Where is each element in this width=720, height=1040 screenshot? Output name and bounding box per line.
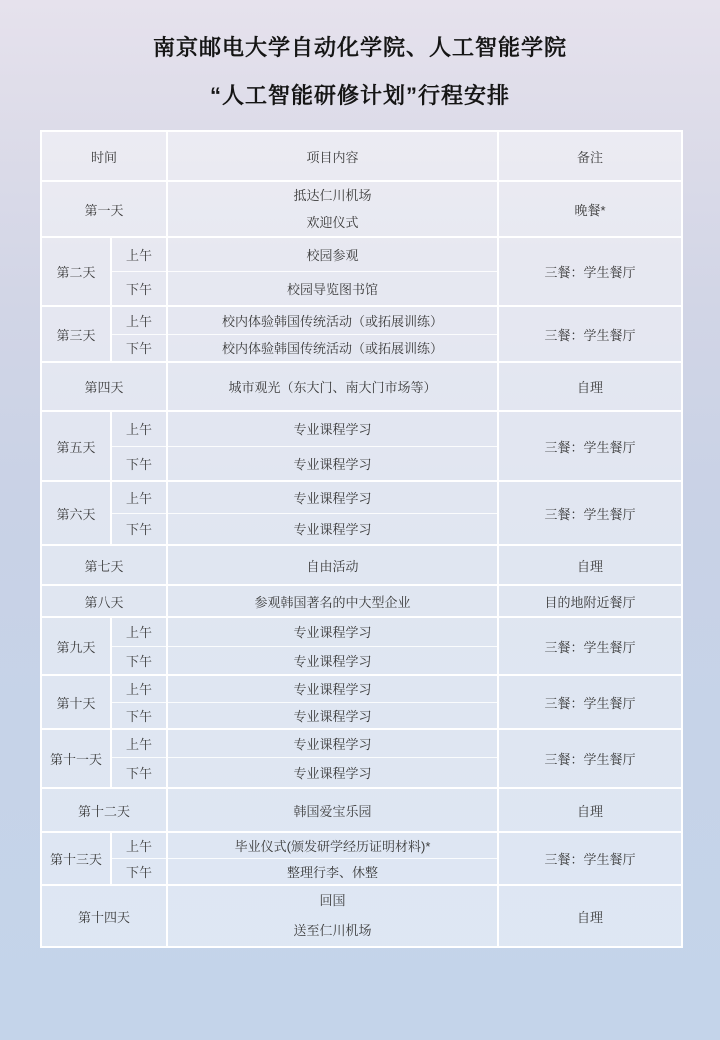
- day8-note: 目的地附近餐厅: [498, 585, 682, 617]
- day14-content-line2: 送至仁川机场: [170, 916, 495, 946]
- day3-am-content: 校内体验韩国传统活动（或拓展训练）: [167, 306, 498, 334]
- day7-note: 自理: [498, 545, 682, 585]
- day11-am-content: 专业课程学习: [167, 729, 498, 757]
- day6-pm-label: 下午: [111, 513, 167, 545]
- day6-note: 三餐：学生餐厅: [498, 481, 682, 545]
- table-row-day12: 第十二天 韩国爱宝乐园 自理: [41, 788, 682, 832]
- day9-label: 第九天: [41, 617, 111, 675]
- day8-content: 参观韩国著名的中大型企业: [167, 585, 498, 617]
- table-row-day11-am: 第十一天 上午 专业课程学习 三餐：学生餐厅: [41, 729, 682, 757]
- day9-pm-content: 专业课程学习: [167, 646, 498, 675]
- page-title: 南京邮电大学自动化学院、人工智能学院 “人工智能研修计划”行程安排: [0, 24, 720, 120]
- day13-am-label: 上午: [111, 832, 167, 858]
- day3-am-label: 上午: [111, 306, 167, 334]
- day9-am-label: 上午: [111, 617, 167, 646]
- day2-pm-content: 校园导览图书馆: [167, 271, 498, 306]
- day5-label: 第五天: [41, 411, 111, 481]
- day3-pm-label: 下午: [111, 334, 167, 362]
- day10-am-label: 上午: [111, 675, 167, 702]
- page-title-line2: “人工智能研修计划”行程安排: [210, 83, 510, 108]
- header-content: 项目内容: [167, 131, 498, 181]
- table-row-day13-am: 第十三天 上午 毕业仪式(颁发研学经历证明材料)* 三餐：学生餐厅: [41, 832, 682, 858]
- table-row-day8: 第八天 参观韩国著名的中大型企业 目的地附近餐厅: [41, 585, 682, 617]
- day12-content: 韩国爱宝乐园: [167, 788, 498, 832]
- day5-pm-label: 下午: [111, 446, 167, 481]
- day12-note: 自理: [498, 788, 682, 832]
- day4-label: 第四天: [41, 362, 167, 411]
- day1-label: 第一天: [41, 181, 167, 237]
- day1-content: 抵达仁川机场 欢迎仪式: [167, 181, 498, 237]
- day6-label: 第六天: [41, 481, 111, 545]
- table-header-row: 时间 项目内容 备注: [41, 131, 682, 181]
- day2-label: 第二天: [41, 237, 111, 306]
- page: 南京邮电大学自动化学院、人工智能学院 “人工智能研修计划”行程安排 时间 项目内…: [0, 24, 720, 948]
- day13-pm-content: 整理行李、休整: [167, 858, 498, 885]
- table-row-day9-am: 第九天 上午 专业课程学习 三餐：学生餐厅: [41, 617, 682, 646]
- day12-label: 第十二天: [41, 788, 167, 832]
- table-row-day5-am: 第五天 上午 专业课程学习 三餐：学生餐厅: [41, 411, 682, 446]
- table-row-day3-am: 第三天 上午 校内体验韩国传统活动（或拓展训练） 三餐：学生餐厅: [41, 306, 682, 334]
- day8-label: 第八天: [41, 585, 167, 617]
- table-row-day7: 第七天 自由活动 自理: [41, 545, 682, 585]
- day4-note: 自理: [498, 362, 682, 411]
- table-row-day4: 第四天 城市观光（东大门、南大门市场等） 自理: [41, 362, 682, 411]
- day11-am-label: 上午: [111, 729, 167, 757]
- day6-am-label: 上午: [111, 481, 167, 513]
- header-note: 备注: [498, 131, 682, 181]
- day3-pm-content: 校内体验韩国传统活动（或拓展训练）: [167, 334, 498, 362]
- day9-note: 三餐：学生餐厅: [498, 617, 682, 675]
- day14-label: 第十四天: [41, 885, 167, 947]
- day5-am-content: 专业课程学习: [167, 411, 498, 446]
- day5-note: 三餐：学生餐厅: [498, 411, 682, 481]
- day1-content-line2: 欢迎仪式: [170, 209, 495, 236]
- day13-label: 第十三天: [41, 832, 111, 885]
- page-title-line1: 南京邮电大学自动化学院、人工智能学院: [153, 35, 567, 60]
- day3-note: 三餐：学生餐厅: [498, 306, 682, 362]
- table-row-day1: 第一天 抵达仁川机场 欢迎仪式 晚餐*: [41, 181, 682, 237]
- day11-pm-label: 下午: [111, 757, 167, 788]
- day7-label: 第七天: [41, 545, 167, 585]
- table-row-day14: 第十四天 回国 送至仁川机场 自理: [41, 885, 682, 947]
- day13-note: 三餐：学生餐厅: [498, 832, 682, 885]
- day1-content-line1: 抵达仁川机场: [170, 182, 495, 209]
- day10-pm-label: 下午: [111, 702, 167, 729]
- day11-pm-content: 专业课程学习: [167, 757, 498, 788]
- table-row-day6-am: 第六天 上午 专业课程学习 三餐：学生餐厅: [41, 481, 682, 513]
- day10-note: 三餐：学生餐厅: [498, 675, 682, 729]
- day10-am-content: 专业课程学习: [167, 675, 498, 702]
- day1-note: 晚餐*: [498, 181, 682, 237]
- day6-am-content: 专业课程学习: [167, 481, 498, 513]
- day14-content: 回国 送至仁川机场: [167, 885, 498, 947]
- day7-content: 自由活动: [167, 545, 498, 585]
- day2-pm-label: 下午: [111, 271, 167, 306]
- day11-note: 三餐：学生餐厅: [498, 729, 682, 788]
- day14-content-line1: 回国: [170, 886, 495, 916]
- day6-pm-content: 专业课程学习: [167, 513, 498, 545]
- day4-content: 城市观光（东大门、南大门市场等）: [167, 362, 498, 411]
- itinerary-table: 时间 项目内容 备注 第一天 抵达仁川机场 欢迎仪式 晚餐* 第二天 上午 校园…: [40, 130, 683, 948]
- table-row-day2-am: 第二天 上午 校园参观 三餐：学生餐厅: [41, 237, 682, 271]
- day2-am-label: 上午: [111, 237, 167, 271]
- day5-pm-content: 专业课程学习: [167, 446, 498, 481]
- day9-pm-label: 下午: [111, 646, 167, 675]
- table-row-day10-am: 第十天 上午 专业课程学习 三餐：学生餐厅: [41, 675, 682, 702]
- day2-note: 三餐：学生餐厅: [498, 237, 682, 306]
- day10-label: 第十天: [41, 675, 111, 729]
- day3-label: 第三天: [41, 306, 111, 362]
- day5-am-label: 上午: [111, 411, 167, 446]
- day11-label: 第十一天: [41, 729, 111, 788]
- day13-pm-label: 下午: [111, 858, 167, 885]
- day10-pm-content: 专业课程学习: [167, 702, 498, 729]
- header-time: 时间: [41, 131, 167, 181]
- day14-note: 自理: [498, 885, 682, 947]
- day13-am-content: 毕业仪式(颁发研学经历证明材料)*: [167, 832, 498, 858]
- day9-am-content: 专业课程学习: [167, 617, 498, 646]
- day2-am-content: 校园参观: [167, 237, 498, 271]
